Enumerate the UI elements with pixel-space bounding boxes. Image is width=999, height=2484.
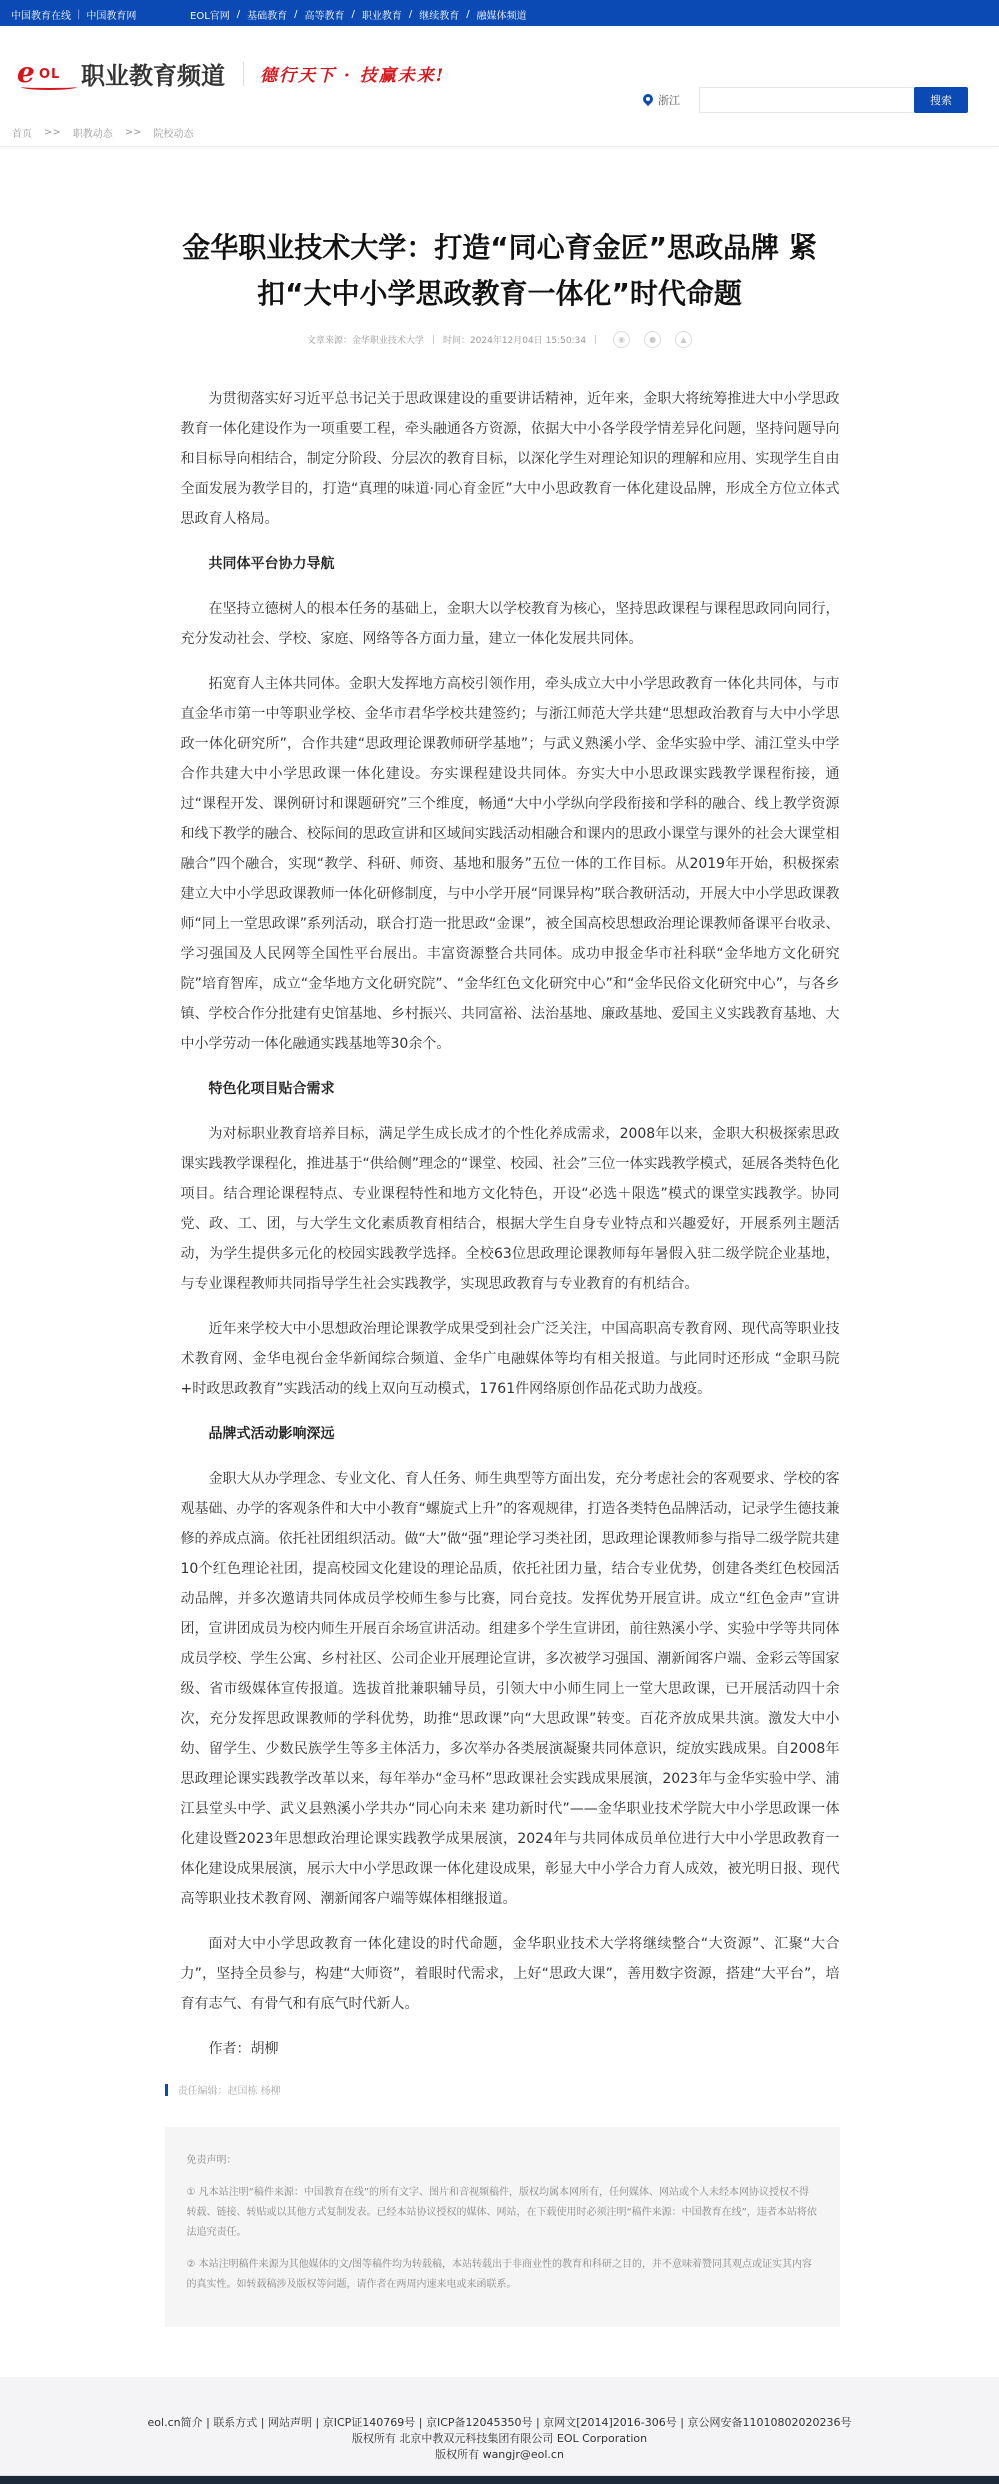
- nav-link-vocational-edu[interactable]: 职业教育: [362, 7, 402, 22]
- article-title-line-2: 扣“大中小学思政教育一体化”时代命题: [257, 277, 742, 310]
- responsible-editor: 责任编辑：赵国栋 杨柳: [165, 2082, 840, 2097]
- footer-links: eol.cn简介 | 联系方式 | 网站声明 | 京ICP证140769号 | …: [0, 2415, 999, 2431]
- article-paragraph: 近年来学校大中小思想政治理论课教学成果受到社会广泛关注，中国高职高专教育网、现代…: [181, 1314, 840, 1404]
- breadcrumb-vocational-news[interactable]: 职教动态: [73, 125, 113, 140]
- article-meta: 文章来源：金华职业技术大学 | 时间：2024年12月04日 15:50:34 …: [160, 331, 840, 348]
- search-button[interactable]: 搜索: [914, 87, 968, 113]
- bottom-bar: [0, 2476, 999, 2484]
- site-link-edu-net[interactable]: 中国教育网: [86, 7, 136, 22]
- logo-divider: [243, 62, 244, 86]
- site-logo[interactable]: eOL 职业教育频道 德行天下 · 技赢未来!: [15, 56, 445, 91]
- site-header: eOL 职业教育频道 德行天下 · 技赢未来! 浙江 搜索: [0, 26, 999, 118]
- nav-separator: /: [466, 9, 469, 20]
- breadcrumb-home[interactable]: 首页: [12, 125, 32, 140]
- search-input[interactable]: [699, 87, 915, 113]
- article-author: 作者：胡柳: [181, 2034, 840, 2064]
- top-nav: EOL官网 / 基础教育 / 高等教育 / 职业教育 / 继续教育 / 融媒体频…: [190, 7, 527, 22]
- article-source: 文章来源：金华职业技术大学: [307, 333, 424, 346]
- article-paragraph: 拓宽育人主体共同体。金职大发挥地方高校引领作用，牵头成立大中小学思政教育一体化共…: [181, 669, 840, 1059]
- disclaimer-box: 免责声明： ① 凡本站注明“稿件来源：中国教育在线”的所有文字、图片和音视频稿件…: [165, 2127, 840, 2327]
- footer-contact-email: 版权所有 wangjr@eol.cn: [0, 2447, 999, 2463]
- nav-link-continuing-edu[interactable]: 继续教育: [419, 7, 459, 22]
- article-paragraph: 为对标职业教育培养目标，满足学生成长成才的个性化养成需求，2008年以来，金职大…: [181, 1119, 840, 1299]
- wechat-icon[interactable]: ●: [644, 331, 661, 348]
- article-title: 金华职业技术大学：打造“同心育金匠”思政品牌 紧 扣“大中小学思政教育一体化”时…: [160, 225, 840, 317]
- nav-separator: /: [352, 9, 355, 20]
- nav-link-eol[interactable]: EOL官网: [190, 7, 230, 22]
- section-heading: 共同体平台协力导航: [181, 549, 840, 579]
- breadcrumb-separator: >>: [125, 127, 142, 138]
- location-selector[interactable]: 浙江: [643, 92, 680, 108]
- editor-accent-bar: [165, 2084, 168, 2096]
- channel-name: 职业教育频道: [81, 56, 225, 91]
- footer-link-icp-record[interactable]: 京ICP备12045350号: [426, 2416, 533, 2429]
- site-link-eol-online[interactable]: 中国教育在线: [11, 7, 71, 22]
- article-body: 为贯彻落实好习近平总书记关于思政课建设的重要讲话精神，近年来，金职大将统筹推进大…: [160, 384, 840, 2064]
- footer-link-about[interactable]: eol.cn简介: [148, 2416, 203, 2429]
- footer-copyright: 版权所有 北京中教双元科技集团有限公司 EOL Corporation: [0, 2431, 999, 2447]
- nav-link-higher-edu[interactable]: 高等教育: [305, 7, 345, 22]
- breadcrumb-separator: >>: [44, 127, 61, 138]
- divider: |: [77, 9, 80, 20]
- footer-link-public-security[interactable]: 京公网安备11010802020236号: [687, 2416, 851, 2429]
- qq-icon[interactable]: ▲: [675, 331, 692, 348]
- footer-link-statement[interactable]: 网站声明: [268, 2416, 312, 2429]
- nav-link-media[interactable]: 融媒体频道: [477, 7, 527, 22]
- nav-link-basic-edu[interactable]: 基础教育: [247, 7, 287, 22]
- breadcrumb: 首页 >> 职教动态 >> 院校动态: [0, 118, 999, 147]
- footer-link-icp-license[interactable]: 京ICP证140769号: [323, 2416, 416, 2429]
- eol-logo-icon: eOL: [15, 57, 75, 91]
- article-paragraph: 面对大中小学思政教育一体化建设的时代命题，金华职业技术大学将继续整合“大资源”、…: [181, 1929, 840, 2019]
- top-bar: 中国教育在线 | 中国教育网 EOL官网 / 基础教育 / 高等教育 / 职业教…: [0, 0, 999, 26]
- weibo-icon[interactable]: ◉: [613, 331, 630, 348]
- location-label: 浙江: [658, 92, 680, 108]
- section-heading: 品牌式活动影响深远: [181, 1419, 840, 1449]
- section-heading: 特色化项目贴合需求: [181, 1074, 840, 1104]
- article-paragraph: 为贯彻落实好习近平总书记关于思政课建设的重要讲话精神，近年来，金职大将统筹推进大…: [181, 384, 840, 534]
- footer-link-net-culture[interactable]: 京网文[2014]2016-306号: [543, 2416, 677, 2429]
- divider: |: [594, 335, 597, 345]
- footer-link-contact[interactable]: 联系方式: [213, 2416, 257, 2429]
- breadcrumb-school-news[interactable]: 院校动态: [154, 125, 194, 140]
- site-footer: eol.cn简介 | 联系方式 | 网站声明 | 京ICP证140769号 | …: [0, 2377, 999, 2476]
- article-time: 时间：2024年12月04日 15:50:34: [443, 333, 586, 346]
- article-paragraph: 金职大从办学理念、专业文化、育人任务、师生典型等方面出发，充分考虑社会的客观要求…: [181, 1464, 840, 1914]
- editor-label: 责任编辑：赵国栋 杨柳: [178, 2082, 281, 2097]
- nav-separator: /: [409, 9, 412, 20]
- disclaimer-item: ① 凡本站注明“稿件来源：中国教育在线”的所有文字、图片和音视频稿件，版权均属本…: [187, 2183, 818, 2243]
- article: 金华职业技术大学：打造“同心育金匠”思政品牌 紧 扣“大中小学思政教育一体化”时…: [160, 147, 840, 2327]
- nav-separator: /: [294, 9, 297, 20]
- divider: |: [432, 335, 435, 345]
- nav-separator: /: [237, 9, 240, 20]
- article-title-line-1: 金华职业技术大学：打造“同心育金匠”思政品牌 紧: [182, 231, 817, 264]
- disclaimer-title: 免责声明：: [187, 2151, 818, 2171]
- map-pin-icon: [643, 94, 653, 106]
- top-bar-sites: 中国教育在线 | 中国教育网: [11, 7, 136, 22]
- disclaimer-item: ② 本站注明稿件来源为其他媒体的文/图等稿件均为转载稿，本站转载出于非商业性的教…: [187, 2255, 818, 2295]
- slogan: 德行天下 · 技赢未来!: [260, 61, 445, 86]
- article-paragraph: 在坚持立德树人的根本任务的基础上，金职大以学校教育为核心，坚持思政课程与课程思政…: [181, 594, 840, 654]
